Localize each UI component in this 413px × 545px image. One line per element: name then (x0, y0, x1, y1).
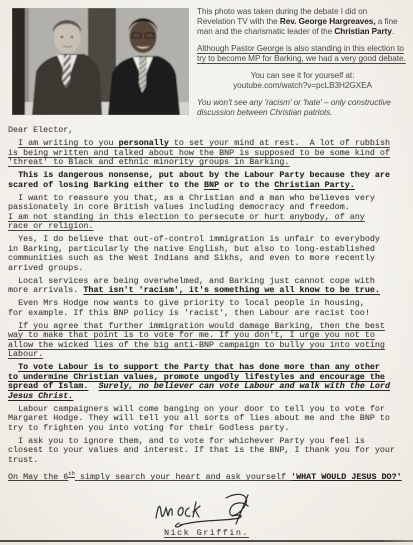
para-reassure: I want to reassure you that, as a Christ… (8, 194, 408, 232)
text-run: Rev. George Hargreaves, (280, 17, 376, 26)
text-run: That isn't 'racism', it's something we a… (83, 285, 380, 295)
text-run: Even Mrs Hodge now wants to give priorit… (8, 298, 370, 318)
photo-caption-block: This photo was taken during the debate I… (197, 7, 408, 125)
text-run (8, 170, 18, 180)
text-run: Dear Elector, (8, 125, 73, 135)
text-run (8, 138, 18, 148)
scan-edge-line (0, 540, 413, 542)
text-run (88, 381, 98, 391)
caption-pastor-george: Although Pastor George is also standing … (197, 44, 408, 64)
scanned-letter-page: This photo was taken during the debate I… (0, 0, 413, 545)
text-run: Although Pastor George is also standing … (197, 44, 406, 63)
text-run: Yes, I do believe that out-of-control im… (8, 234, 380, 273)
para-dangerous-nonsense: This is dangerous nonsense, put about by… (8, 171, 408, 190)
para-labour-campaigners: Labour campaigners will come banging on … (8, 405, 408, 434)
text-run: simply search your heart and ask yoursel… (75, 471, 291, 481)
para-mind-at-rest: I am writing to you personally to set yo… (8, 139, 408, 168)
letter-body: Dear Elector, I am writing to you person… (8, 126, 408, 485)
text-run: or to the (219, 180, 274, 190)
text-run (8, 321, 18, 331)
text-run: th (68, 470, 75, 477)
salutation: Dear Elector, (8, 126, 408, 136)
para-mrs-hodge: Even Mrs Hodge now wants to give priorit… (8, 299, 408, 318)
para-ignore-them: I ask you to ignore them, and to vote fo… (8, 437, 408, 466)
text-run: I want to reassure you that, as a Christ… (8, 193, 375, 213)
para-immigration: Yes, I do believe that out-of-control im… (8, 235, 408, 273)
para-vote-labour: To vote Labour is to support the Party t… (8, 363, 408, 401)
text-run: personally (119, 138, 169, 148)
text-run: I am not standing in this election to pe… (8, 212, 365, 232)
para-local-services: Local services are being overwhelmed, an… (8, 277, 408, 296)
debate-photo (12, 8, 189, 115)
text-run: 'WHAT WOULD JESUS DO?' (291, 471, 402, 481)
text-run: I ask you to ignore them, and to vote fo… (8, 436, 395, 465)
text-run: Labour campaigners will come banging on … (8, 404, 390, 433)
text-run: You can see it for yourself at: youtube.… (233, 71, 372, 90)
caption-no-racism: You won't see any 'racism' or 'hate' – o… (197, 98, 408, 118)
text-run: I am writing to you (18, 138, 119, 148)
text-run: You won't see any 'racism' or 'hate' – o… (197, 98, 391, 117)
para-may-6th: On May the 6th simply search your heart … (8, 469, 408, 482)
para-vote-for-me: If you agree that further immigration wo… (8, 322, 408, 360)
text-run: Christian Party (334, 27, 392, 36)
text-run: On May the 6 (8, 471, 68, 481)
debate-photo-illustration (12, 8, 189, 115)
text-run: . (392, 27, 394, 36)
caption-intro: This photo was taken during the debate I… (197, 7, 408, 37)
text-run (8, 362, 18, 372)
handwritten-signature (142, 492, 272, 530)
caption-youtube: You can see it for yourself at: youtube.… (197, 71, 408, 91)
text-run: Christian Party. (274, 180, 354, 190)
typed-signature-name: Nick Griffin. (0, 528, 413, 538)
text-run: BNP (204, 180, 219, 190)
text-run: If you agree that further immigration wo… (8, 321, 385, 360)
